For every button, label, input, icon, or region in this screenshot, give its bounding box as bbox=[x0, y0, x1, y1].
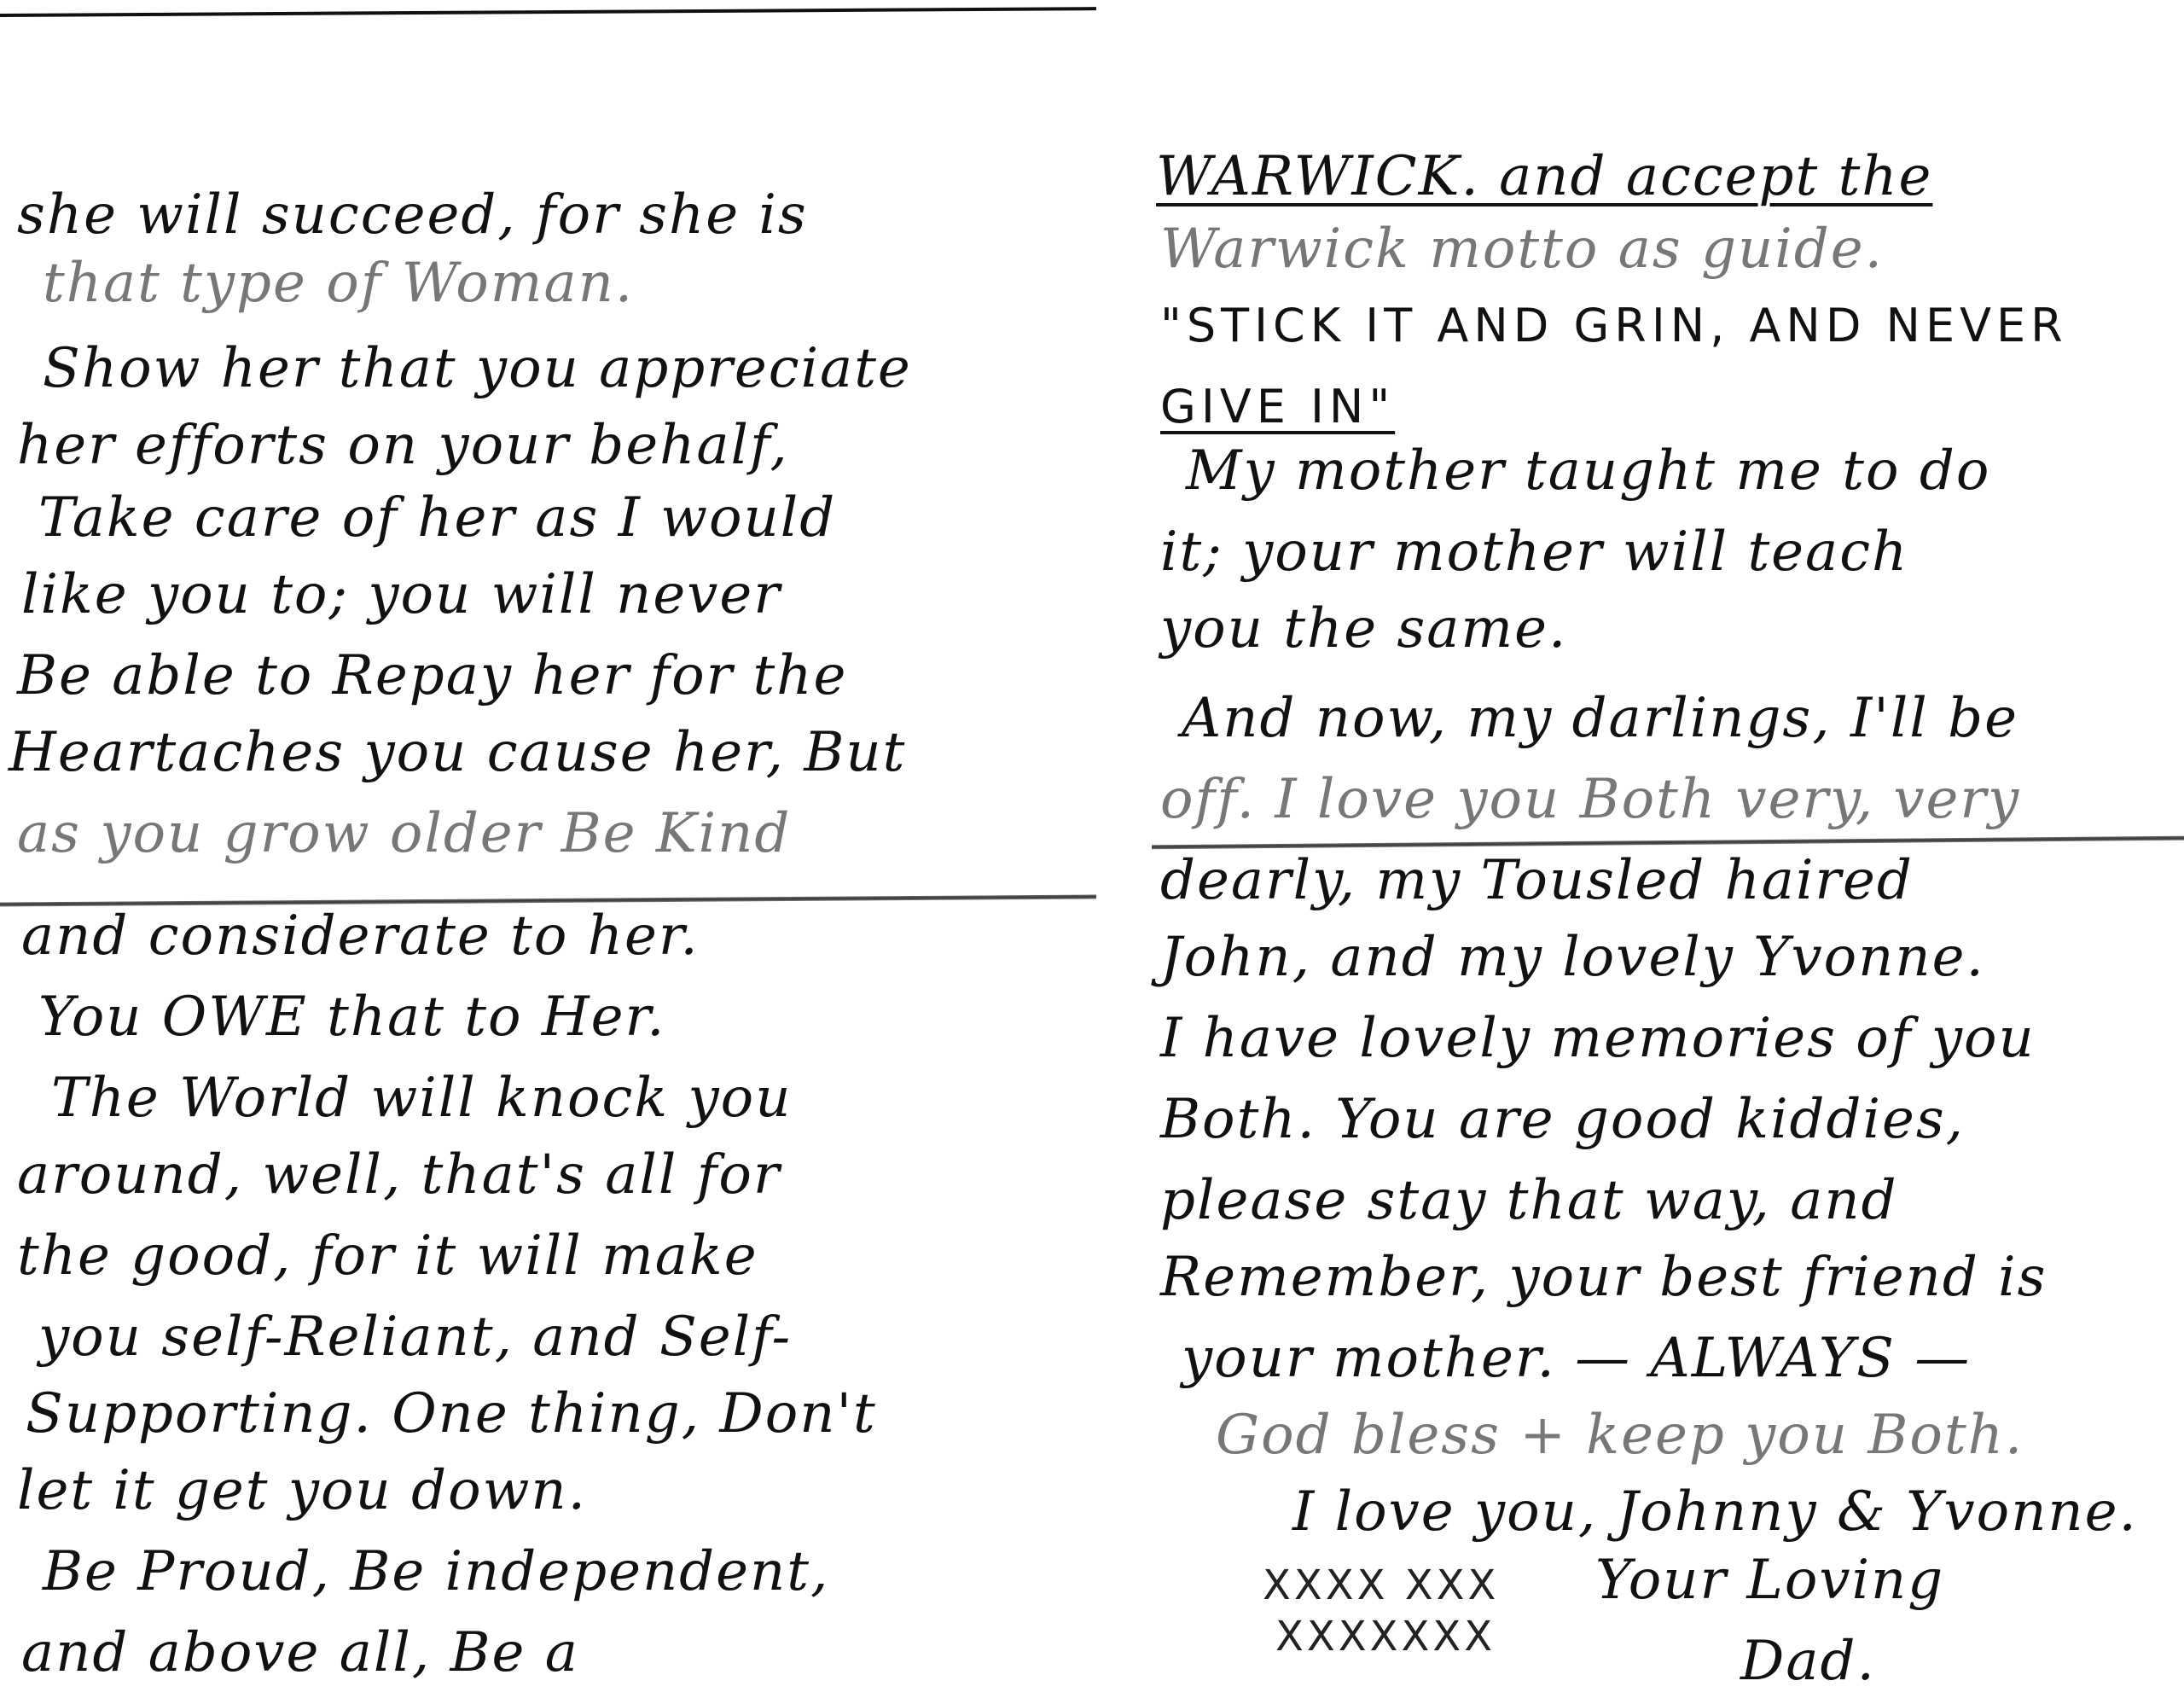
letter-line: Take care of her as I would bbox=[38, 491, 836, 545]
letter-line: please stay that way, and bbox=[1160, 1173, 1898, 1228]
letter-line: My mother taught me to do bbox=[1186, 444, 1990, 498]
letter-line: I have lovely memories of you bbox=[1160, 1011, 2036, 1066]
letter-line: your mother. — ALWAYS — bbox=[1182, 1331, 1971, 1386]
letter-line: Heartaches you cause her, But bbox=[9, 725, 906, 780]
letter-line: Be Proud, Be independent, bbox=[43, 1544, 829, 1599]
letter-line: let it get you down. bbox=[17, 1463, 587, 1518]
kisses-row: XXXX XXX bbox=[1263, 1562, 1499, 1609]
letter-line: the good, for it will make bbox=[17, 1229, 758, 1283]
letter-line: and considerate to her. bbox=[21, 909, 700, 963]
top-edge-rule bbox=[0, 7, 1096, 17]
letter-line: Both. You are good kiddies, bbox=[1160, 1092, 1965, 1147]
letter-line: around, well, that's all for bbox=[17, 1148, 781, 1202]
letter-line: dearly, my Tousled haired bbox=[1160, 853, 1914, 908]
letter-line: you the same. bbox=[1160, 602, 1567, 656]
letter-line: you self-Reliant, and Self- bbox=[38, 1310, 792, 1364]
letter-line: Warwick motto as guide. bbox=[1160, 222, 1884, 276]
letter-page-right: WARWICK. and accept the Warwick motto as… bbox=[1109, 0, 2184, 1704]
letter-line: that type of Woman. bbox=[43, 256, 634, 311]
letter-line: her efforts on your behalf, bbox=[17, 418, 789, 473]
letter-line: The World will knock you bbox=[51, 1071, 792, 1125]
letter-line: GIVE IN" bbox=[1160, 384, 1395, 430]
letter-page-left: she will succeed, for she is that type o… bbox=[0, 0, 1101, 1704]
letter-line: it; your mother will teach bbox=[1160, 525, 1908, 579]
letter-line: "STICK IT AND GRIN, AND NEVER bbox=[1160, 303, 2068, 349]
letter-line: John, and my lovely Yvonne. bbox=[1160, 930, 1985, 985]
letter-line: Remember, your best friend is bbox=[1160, 1250, 2047, 1305]
kisses-row: XXXXXXX bbox=[1275, 1613, 1496, 1660]
letter-line: Supporting. One thing, Don't bbox=[26, 1387, 877, 1441]
letter-line: You OWE that to Her. bbox=[38, 990, 665, 1044]
letter-line: like you to; you will never bbox=[21, 567, 781, 622]
letter-line: WARWICK. and accept the bbox=[1156, 149, 1932, 204]
letter-line: Be able to Repay her for the bbox=[17, 648, 847, 703]
signature-closing: Your Loving bbox=[1595, 1553, 1944, 1608]
signature-name: Dad. bbox=[1740, 1634, 1876, 1689]
letter-line: she will succeed, for she is bbox=[17, 188, 808, 242]
letter-line: Show her that you appreciate bbox=[43, 341, 912, 396]
letter-line: I love you, Johnny & Yvonne. bbox=[1292, 1485, 2138, 1539]
letter-line: off. I love you Both very, very bbox=[1160, 772, 2020, 827]
fold-crease bbox=[1152, 836, 2184, 850]
letter-line: as you grow older Be Kind bbox=[17, 806, 791, 861]
letter-line: God bless + keep you Both. bbox=[1216, 1408, 2024, 1463]
letter-line: and above all, Be a bbox=[21, 1625, 579, 1680]
letter-line: And now, my darlings, I'll be bbox=[1182, 691, 2018, 746]
